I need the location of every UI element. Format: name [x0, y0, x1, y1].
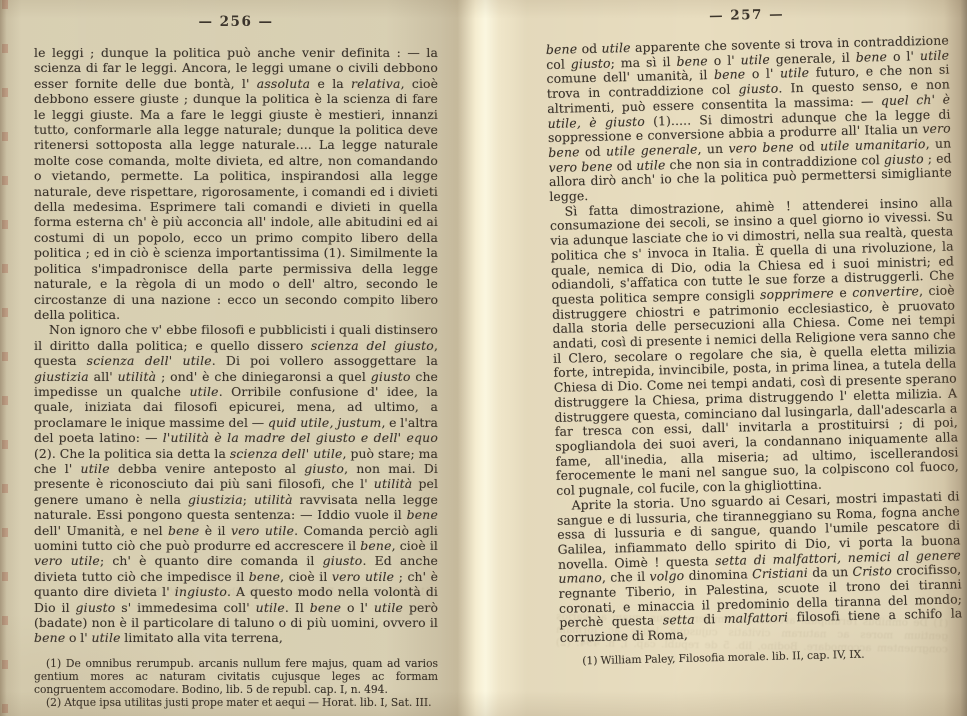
footnote: (2) Atque ipsa utilitas justi prope mate… [34, 696, 438, 709]
paragraph: bene od utile apparente che sovente si t… [546, 33, 953, 204]
left-page-body: le leggi ; dunque la politica può anche … [34, 45, 438, 646]
book-spread-scan: (1) William Paley, Filosofia morale. lib… [0, 0, 967, 716]
footnote: (1) De omnibus rerumpub. arcanis nullum … [34, 657, 438, 696]
right-page-footnotes: (1) William Paley, Filosofia morale. lib… [560, 645, 963, 668]
footnote: (1) William Paley, Filosofia morale. lib… [570, 645, 963, 667]
page-number-left: — 256 — [34, 14, 438, 30]
paragraph: Aprite la storia. Uno sguardo ai Cesari,… [556, 489, 962, 645]
left-page-footnotes: (1) De omnibus rerumpub. arcanis nullum … [34, 657, 438, 709]
right-page-body: bene od utile apparente che sovente si t… [546, 33, 963, 645]
page-edge-marks [2, 0, 8, 716]
paragraph: le leggi ; dunque la politica può anche … [34, 45, 438, 322]
paragraph: Non ignoro che v' ebbe filosofi e pubbli… [34, 322, 438, 646]
left-page: — 256 — le leggi ; dunque la politica pu… [34, 14, 438, 709]
paragraph: Sì fatta dimostrazione, ahimè ! attender… [550, 195, 960, 498]
right-page: — 257 — bene od utile apparente che sove… [545, 3, 963, 668]
page-number-right: — 257 — [545, 3, 948, 28]
